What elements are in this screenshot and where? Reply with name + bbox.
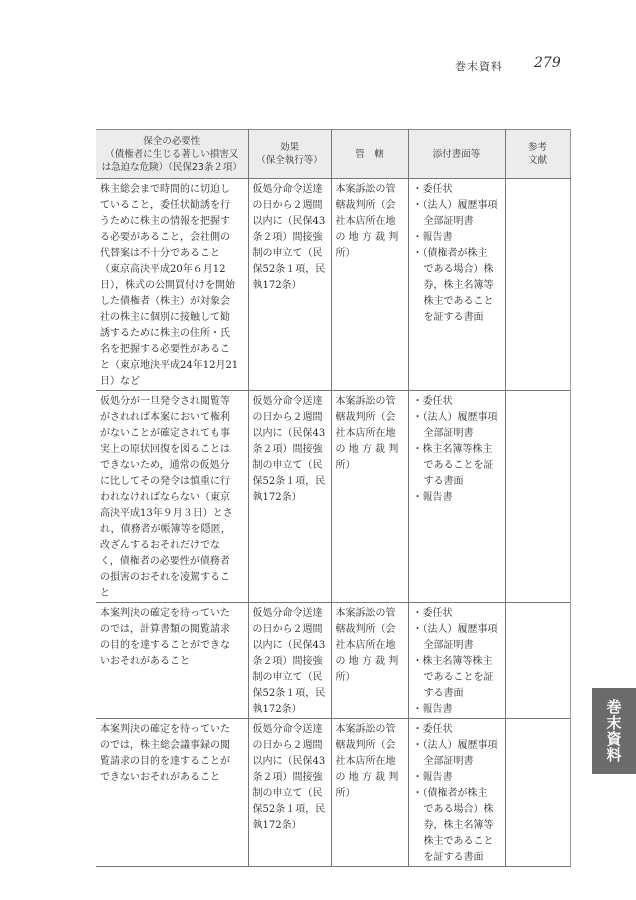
text-line: 本案訴訟の管 [336, 182, 404, 198]
text-line: と（東京地決平成24年12月21 [100, 358, 244, 374]
text-line: 覧請求の目的を達することが [100, 754, 244, 770]
text-line: 制の申立て（民 [253, 670, 327, 686]
text-line: ・株主名簿等株主 [413, 654, 501, 670]
text-line: 轄裁判所（会 [336, 622, 404, 638]
text-line: 以内に（民保43 [253, 754, 327, 770]
text-line: 社本店所在地 [336, 754, 404, 770]
text-line: れ，債務者が帳簿等を隠匿， [100, 522, 244, 538]
text-line: の 地 方 裁 判 [336, 654, 404, 670]
provisional-disposition-table: 保全の必要性 （債権者に生じる著しい損害又 は急迫な危険）（民保23条２項） 効… [96, 129, 571, 867]
table-row: 本案判決の確定を待っていた のでは，計算書類の閲覧請求 の目的を達することができ… [96, 603, 570, 719]
text-line: の日から２週間 [253, 410, 327, 426]
text-line: に比してその発令は慎重に行 [100, 474, 244, 490]
text-line: 所） [336, 786, 404, 802]
text-line: する書面 [413, 686, 501, 702]
cell-necessity: 株主総会まで時間的に切迫し ていること，委任状勧誘を行 うために株主の情報を把握… [96, 179, 248, 391]
cell-necessity: 本案判決の確定を待っていた のでは，株主総会議事録の閲 覧請求の目的を達すること… [96, 719, 248, 867]
cell-attachments: ・委任状 ・（法人）履歴事項 全部証明書 ・報告書 ・（債権者が株主 である場合… [408, 179, 505, 391]
attachment-item: ・委任状 [413, 182, 501, 198]
text-line: の 地 方 裁 判 [336, 230, 404, 246]
text-line: の 地 方 裁 判 [336, 442, 404, 458]
text-line: 社の株主に個別に接触して勧 [100, 310, 244, 326]
table-row: 本案判決の確定を待っていた のでは，株主総会議事録の閲 覧請求の目的を達すること… [96, 719, 570, 867]
text-line: 以内に（民保43 [253, 214, 327, 230]
cell-attachments: ・委任状 ・（法人）履歴事項 全部証明書 ・株主名簿等株主 であることを証 する… [408, 391, 505, 603]
text-line: である場合）株 [413, 262, 501, 278]
text-line: 本案訴訟の管 [336, 606, 404, 622]
header-line: は急迫な危険）（民保23条２項） [96, 161, 248, 174]
attachment-item: ・報告書 [413, 702, 501, 718]
text-line: 全部証明書 [413, 426, 501, 442]
text-line: いおそれがあること [100, 654, 244, 670]
text-line: 轄裁判所（会 [336, 410, 404, 426]
attachment-list: ・委任状 ・（法人）履歴事項 全部証明書 ・報告書 ・（債権者が株主 である場合… [413, 182, 501, 326]
text-line: 執172条） [253, 278, 327, 294]
text-line: 株主であること [413, 834, 501, 850]
column-header-references: 参考 文献 [505, 130, 570, 179]
text-line: 日），株式の公開買付けを開始 [100, 278, 244, 294]
cell-references [505, 603, 570, 719]
cell-jurisdiction: 本案訴訟の管 轄裁判所（会 社本店所在地 の 地 方 裁 判 所） [331, 603, 408, 719]
cell-effect: 仮処分命令送達 の日から２週間 以内に（民保43 条２項）間接強 制の申立て（民… [248, 603, 331, 719]
text-line: る必要があること，会社側の [100, 230, 244, 246]
text-line: ・委任状 [413, 606, 501, 622]
text-line: のでは，計算書類の閲覧請求 [100, 622, 244, 638]
text-line: のでは，株主総会議事録の閲 [100, 738, 244, 754]
cell-references [505, 391, 570, 603]
text-line: 執172条） [253, 702, 327, 718]
header-line: （債権者に生じる著しい損害又 [96, 148, 248, 161]
cell-attachments: ・委任状 ・（法人）履歴事項 全部証明書 ・株主名簿等株主 であることを証 する… [408, 603, 505, 719]
text-line: うために株主の情報を把握す [100, 214, 244, 230]
text-line: の日から２週間 [253, 198, 327, 214]
header-line: 効果 [249, 141, 331, 154]
chapter-side-tab: 巻末資料 [592, 688, 636, 774]
text-line: の日から２週間 [253, 738, 327, 754]
attachment-item: ・委任状 [413, 394, 501, 410]
header-line: 管 轄 [332, 148, 408, 161]
text-line: できないため，通常の仮処分 [100, 458, 244, 474]
text-line: 所） [336, 670, 404, 686]
text-line: 誘するために株主の住所・氏 [100, 326, 244, 342]
text-line: であることを証 [413, 458, 501, 474]
attachment-item: ・委任状 [413, 722, 501, 738]
cell-jurisdiction: 本案訴訟の管 轄裁判所（会 社本店所在地 の 地 方 裁 判 所） [331, 179, 408, 391]
text-line: である場合）株 [413, 802, 501, 818]
header-line: 添付書面等 [409, 148, 505, 161]
text-line: 社本店所在地 [336, 214, 404, 230]
column-header-attachments: 添付書面等 [408, 130, 505, 179]
text-line: 所） [336, 246, 404, 262]
text-line: ・報告書 [413, 230, 501, 246]
column-header-effect: 効果 （保全執行等） [248, 130, 331, 179]
text-line: 券，株主名簿等 [413, 278, 501, 294]
text-line: ・委任状 [413, 394, 501, 410]
text-line: 保52条１項，民 [253, 262, 327, 278]
table-body: 株主総会まで時間的に切迫し ていること，委任状勧誘を行 うために株主の情報を把握… [96, 179, 570, 867]
text-line: する書面 [413, 474, 501, 490]
text-line: の目的を達することができな [100, 638, 244, 654]
header-line: 保全の必要性 [96, 135, 248, 148]
attachment-item: ・株主名簿等株主 であることを証 する書面 [413, 654, 501, 702]
text-line: 以内に（民保43 [253, 426, 327, 442]
text-line: の損害のおそれを凌駕するこ [100, 570, 244, 586]
text-line: の日から２週間 [253, 622, 327, 638]
text-line: ・（債権者が株主 [413, 246, 501, 262]
running-head: 巻末資料 [455, 58, 503, 74]
text-line: ・（法人）履歴事項 [413, 410, 501, 426]
text-line: 本案判決の確定を待っていた [100, 722, 244, 738]
text-line: 執172条） [253, 490, 327, 506]
text-line: 全部証明書 [413, 214, 501, 230]
text-line: ・株主名簿等株主 [413, 442, 501, 458]
cell-necessity: 本案判決の確定を待っていた のでは，計算書類の閲覧請求 の目的を達することができ… [96, 603, 248, 719]
text-line: を証する書面 [413, 850, 501, 866]
column-header-jurisdiction: 管 轄 [331, 130, 408, 179]
header-line: （保全執行等） [249, 154, 331, 167]
attachment-item: ・（法人）履歴事項 全部証明書 [413, 622, 501, 654]
cell-references [505, 179, 570, 391]
text-line: ・報告書 [413, 490, 501, 506]
text-line: できないおそれがあること [100, 770, 244, 786]
text-line: 制の申立て（民 [253, 246, 327, 262]
cell-effect: 仮処分命令送達 の日から２週間 以内に（民保43 条２項）間接強 制の申立て（民… [248, 391, 331, 603]
text-line: した債権者（株主）が対象会 [100, 294, 244, 310]
text-line: われなければならない（東京 [100, 490, 244, 506]
text-line: 条２項）間接強 [253, 230, 327, 246]
text-line: ・（債権者が株主 [413, 786, 501, 802]
attachment-item: ・報告書 [413, 490, 501, 506]
attachment-list: ・委任状 ・（法人）履歴事項 全部証明書 ・報告書 ・（債権者が株主 である場合… [413, 722, 501, 866]
cell-jurisdiction: 本案訴訟の管 轄裁判所（会 社本店所在地 の 地 方 裁 判 所） [331, 719, 408, 867]
text-line: ていること，委任状勧誘を行 [100, 198, 244, 214]
text-line: 券，株主名簿等 [413, 818, 501, 834]
text-line: 保52条１項，民 [253, 474, 327, 490]
attachment-item: ・（債権者が株主 である場合）株 券，株主名簿等 株主であること を証する書面 [413, 246, 501, 326]
text-line: （東京高決平成20年６月12 [100, 262, 244, 278]
attachment-item: ・（法人）履歴事項 全部証明書 [413, 410, 501, 442]
text-line: 社本店所在地 [336, 638, 404, 654]
text-line: 全部証明書 [413, 754, 501, 770]
text-line: と [100, 586, 244, 602]
text-line: ・（法人）履歴事項 [413, 622, 501, 638]
text-line: 条２項）間接強 [253, 770, 327, 786]
table-header-row: 保全の必要性 （債権者に生じる著しい損害又 は急迫な危険）（民保23条２項） 効… [96, 130, 570, 179]
text-line: 条２項）間接強 [253, 654, 327, 670]
text-line: 執172条） [253, 818, 327, 834]
text-line: 名を把握する必要性があるこ [100, 342, 244, 358]
header-line: 文献 [506, 154, 570, 167]
text-line: を証する書面 [413, 310, 501, 326]
attachment-item: ・（法人）履歴事項 全部証明書 [413, 198, 501, 230]
text-line: 保52条１項，民 [253, 802, 327, 818]
cell-jurisdiction: 本案訴訟の管 轄裁判所（会 社本店所在地 の 地 方 裁 判 所） [331, 391, 408, 603]
text-line: であることを証 [413, 670, 501, 686]
cell-references [505, 719, 570, 867]
attachment-list: ・委任状 ・（法人）履歴事項 全部証明書 ・株主名簿等株主 であることを証 する… [413, 606, 501, 718]
cell-attachments: ・委任状 ・（法人）履歴事項 全部証明書 ・報告書 ・（債権者が株主 である場合… [408, 719, 505, 867]
text-line: 株主であること [413, 294, 501, 310]
text-line: ・報告書 [413, 770, 501, 786]
cell-effect: 仮処分命令送達 の日から２週間 以内に（民保43 条２項）間接強 制の申立て（民… [248, 719, 331, 867]
text-line: 高決平成13年９月３日）とさ [100, 506, 244, 522]
text-line: ・委任状 [413, 722, 501, 738]
text-line: 改ざんするおそれだけでな [100, 538, 244, 554]
text-line: 制の申立て（民 [253, 786, 327, 802]
text-line: がされれば本案において権利 [100, 410, 244, 426]
text-line: 株主総会まで時間的に切迫し [100, 182, 244, 198]
header-line: 参考 [506, 141, 570, 154]
text-line: ・（法人）履歴事項 [413, 738, 501, 754]
text-line: 実上の原状回復を図ることは [100, 442, 244, 458]
text-line: 仮処分命令送達 [253, 394, 327, 410]
attachment-item: ・報告書 [413, 230, 501, 246]
attachment-list: ・委任状 ・（法人）履歴事項 全部証明書 ・株主名簿等株主 であることを証 する… [413, 394, 501, 506]
text-line: ・委任状 [413, 182, 501, 198]
text-line: 代替案は不十分であること [100, 246, 244, 262]
text-line: 以内に（民保43 [253, 638, 327, 654]
text-line: 轄裁判所（会 [336, 198, 404, 214]
text-line: 社本店所在地 [336, 426, 404, 442]
text-line: 仮処分命令送達 [253, 182, 327, 198]
attachment-item: ・報告書 [413, 770, 501, 786]
text-line: 日）など [100, 374, 244, 390]
text-line: 仮処分命令送達 [253, 722, 327, 738]
text-line: ・報告書 [413, 702, 501, 718]
table-row: 仮処分が一旦発令され閲覧等 がされれば本案において権利 がないことが確定されても… [96, 391, 570, 603]
text-line: 保52条１項，民 [253, 686, 327, 702]
page-number: 279 [534, 55, 561, 71]
column-header-necessity: 保全の必要性 （債権者に生じる著しい損害又 は急迫な危険）（民保23条２項） [96, 130, 248, 179]
attachment-item: ・株主名簿等株主 であることを証 する書面 [413, 442, 501, 490]
text-line: 仮処分命令送達 [253, 606, 327, 622]
text-line: ・（法人）履歴事項 [413, 198, 501, 214]
text-line: く，債権者の必要性が債務者 [100, 554, 244, 570]
cell-effect: 仮処分命令送達 の日から２週間 以内に（民保43 条２項）間接強 制の申立て（民… [248, 179, 331, 391]
text-line: 所） [336, 458, 404, 474]
table-row: 株主総会まで時間的に切迫し ていること，委任状勧誘を行 うために株主の情報を把握… [96, 179, 570, 391]
text-line: 本案訴訟の管 [336, 394, 404, 410]
text-line: 全部証明書 [413, 638, 501, 654]
text-line: 仮処分が一旦発令され閲覧等 [100, 394, 244, 410]
text-line: 本案判決の確定を待っていた [100, 606, 244, 622]
cell-necessity: 仮処分が一旦発令され閲覧等 がされれば本案において権利 がないことが確定されても… [96, 391, 248, 603]
text-line: の 地 方 裁 判 [336, 770, 404, 786]
attachment-item: ・（法人）履歴事項 全部証明書 [413, 738, 501, 770]
attachment-item: ・（債権者が株主 である場合）株 券，株主名簿等 株主であること を証する書面 [413, 786, 501, 866]
text-line: 制の申立て（民 [253, 458, 327, 474]
attachment-item: ・委任状 [413, 606, 501, 622]
text-line: 条２項）間接強 [253, 442, 327, 458]
text-line: 轄裁判所（会 [336, 738, 404, 754]
text-line: 本案訴訟の管 [336, 722, 404, 738]
text-line: がないことが確定されても事 [100, 426, 244, 442]
